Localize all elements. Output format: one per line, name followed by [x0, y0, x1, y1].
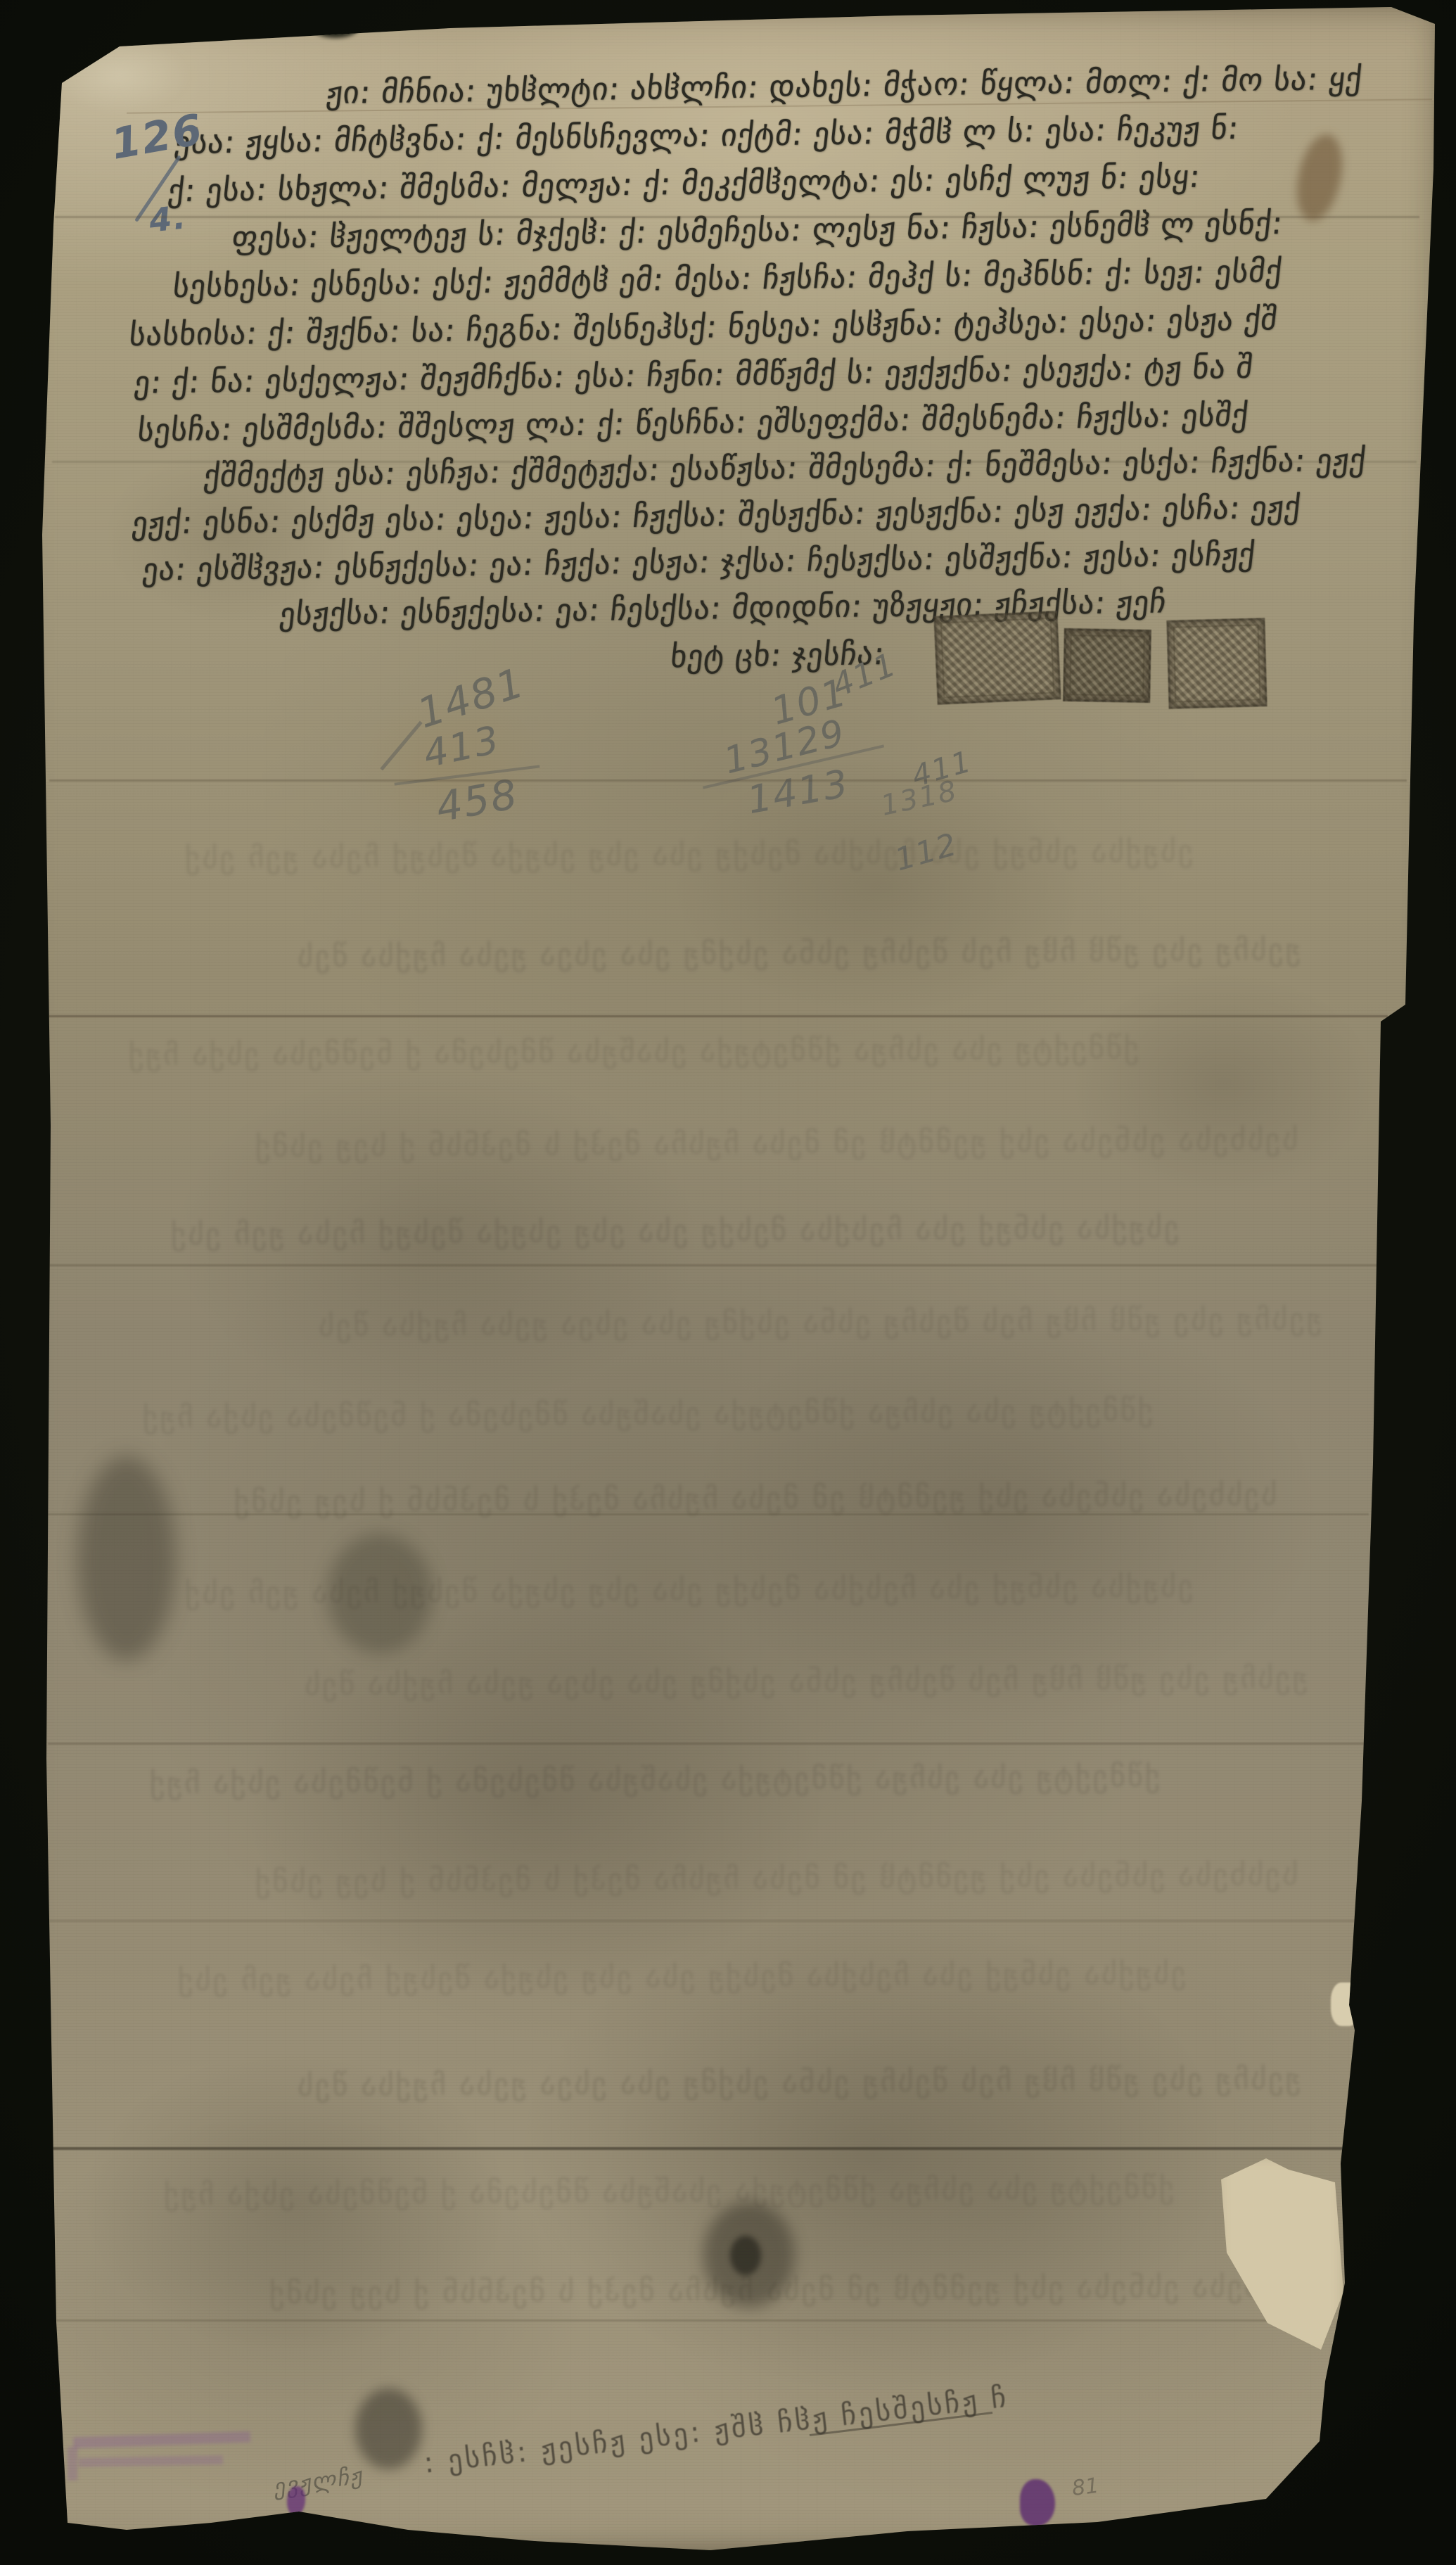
manuscript-line: სესჩა: ესშმესმა: შშესლჟ ლა: ქ: წესჩნა: ე…: [136, 397, 1251, 449]
fold-crease: [48, 1743, 1367, 1745]
ink-stain: [355, 2388, 422, 2469]
ghost-text-line: ქშმექტჟ ესა ესჩჟა ქშმეტჟქა ესაწჟსა შმესე…: [141, 1393, 1154, 1434]
manuscript-line: ესა: ჟყსა: მჩტჱვნა: ქ: მესნსჩევლა: იქტმ:…: [172, 110, 1241, 161]
bottom-pencil-note: ევჟლჩჟ: [272, 2462, 365, 2501]
ink-seal-3: [1166, 618, 1267, 709]
fold-crease: [48, 1015, 1388, 1017]
ghost-text-line: ესჟქსა ესნჟქ ესა ჩესქსა მესქჟ ესა ესჟ ეს…: [183, 834, 1194, 875]
ghost-text-line: ქშმექტჟ ესა ესჩჟა ქშმეტჟქა ესაწჟსა შმესე…: [127, 1031, 1139, 1072]
manuscript-page: ჟი: მჩნია: უხჱლტი: ახჱლჩი: დახეს: მჭაო: …: [0, 0, 1456, 2565]
tear-repair-patch: [1215, 2154, 1346, 2360]
manuscript-text-block: ჟი: მჩნია: უხჱლტი: ახჱლჩი: დახეს: მჭაო: …: [126, 46, 1438, 718]
manuscript-line: ფესა: ჱჟელტეჟ ს: მჯქეჱ: ქ: ესმეჩესა: ლეს…: [230, 205, 1284, 256]
ghost-text-line: ჟესჩჟ ესე ჟშჱ ჩჱჟ ჩეს შესჩჟ ესნა ესქმჟ ე…: [295, 932, 1301, 974]
purple-ink-blot: [287, 2486, 305, 2516]
bottom-right-pencil-note: 81: [1071, 2474, 1100, 2501]
manuscript-line: ჟი: მჩნია: უხჱლტი: ახჱლჩი: დახეს: მჭაო: …: [324, 61, 1364, 111]
edge-tear-chip: [1331, 1982, 1358, 2026]
manuscript-line: ქ: ესა: სხჟლა: შმესმა: მელჟა: ქ: მეკქმჱე…: [166, 159, 1202, 210]
fold-crease: [55, 216, 1419, 218]
ghost-text-line: ჟესჩჟ ესე ჟშჱ ჩჱჟ ჩეს შესჩჟ ესნა ესქმჟ ე…: [302, 1660, 1308, 1702]
fold-crease: [56, 2319, 1329, 2322]
fold-crease: [46, 1264, 1379, 1266]
pencil-number: 1318: [878, 775, 960, 822]
ghost-text-line: ქშმექტჟ ესა ესჩჟა ქშმეტჟქა ესაწჟსა შმესე…: [148, 1759, 1161, 1800]
fold-crease: [49, 779, 1407, 782]
ghost-text-line: სესხესა ესნესა ესქ ჟემმტჱ ემ მესა ჩჟსჩა …: [253, 1122, 1298, 1164]
purple-stamp-smudge: [68, 2447, 77, 2481]
purple-stamp-smudge: [79, 2455, 223, 2467]
fold-crease: [52, 461, 1417, 463]
bottom-ink-note: : ესჩჱ: ჟესჩჟ ესე: ჟშჱ ჩჱჟ ჩესშესჩჟ ჩ: [422, 2376, 1054, 2480]
ink-stain: [327, 1534, 433, 1653]
ghost-text-line: ესჟქსა ესნჟქ ესა ჩესქსა მესქჟ ესა ესჟ ეს…: [169, 1210, 1180, 1252]
pencil-stroke: [380, 721, 422, 771]
manuscript-line: ეა: ესშჱვჟა: ესნჟქესა: ეა: ჩჟქა: ესჟა: ჯ…: [141, 537, 1258, 588]
archive-subnumber: 4.: [147, 198, 189, 239]
fold-crease: [51, 2147, 1345, 2150]
manuscript-line: ე: ქ: ნა: ესქელჟა: შეჟმჩქნა: ესა: ჩჟნი: …: [132, 350, 1255, 401]
ink-stain: [77, 1456, 176, 1660]
purple-stamp-smudge: [73, 2431, 250, 2449]
ghost-text-line: ჟესჩჟ ესე ჟშჱ ჩჱჟ ჩეს შესჩჟ ესნა ესქმჟ ე…: [317, 1301, 1322, 1343]
manuscript-line: სასხისა: ქ: შჟქნა: სა: ჩეგნა: შესნეჰსქ: …: [127, 301, 1279, 353]
ghost-text-line: ესჟქსა ესნჟქ ესა ჩესქსა მესქჟ ესა ესჟ ეს…: [176, 1956, 1187, 1997]
ink-seal-1: [933, 611, 1061, 705]
scan-background: { "document": { "description": "aged han…: [0, 0, 1456, 2565]
purple-ink-blot: [1033, 2524, 1042, 2545]
ghost-text-line: სესხესა ესნესა ესქ ჟემმტჱ ემ მესა ჩჟსჩა …: [253, 1857, 1298, 1899]
purple-ink-blot: [1020, 2479, 1055, 2526]
edge-smudge: [313, 18, 358, 38]
fold-crease: [46, 1513, 1369, 1515]
manuscript-line: ქშმექტჟ ესა: ესჩჟა: ქშმეტჟქა: ესაწჟსა: შ…: [202, 442, 1368, 494]
ghost-text-line: ქშმექტჟ ესა ესჩჟა ქშმეტჟქა ესაწჟსა შმესე…: [162, 2170, 1175, 2212]
ink-stain: [730, 2236, 761, 2275]
ink-seal-2: [1063, 628, 1151, 703]
manuscript-line: ეჟქ: ესნა: ესქმჟ ესა: ესეა: ჟესა: ჩჟქსა:…: [130, 490, 1303, 542]
manuscript-line: სესხესა: ესნესა: ესქ: ჟემმტჱ ემ: მესა: ჩ…: [171, 253, 1284, 305]
fold-crease: [49, 1920, 1358, 1922]
ghost-text-line: ჟესჩჟ ესე ჟშჱ ჩჱჟ ჩეს შესჩჟ ესნა ესქმჟ ე…: [295, 2061, 1301, 2103]
